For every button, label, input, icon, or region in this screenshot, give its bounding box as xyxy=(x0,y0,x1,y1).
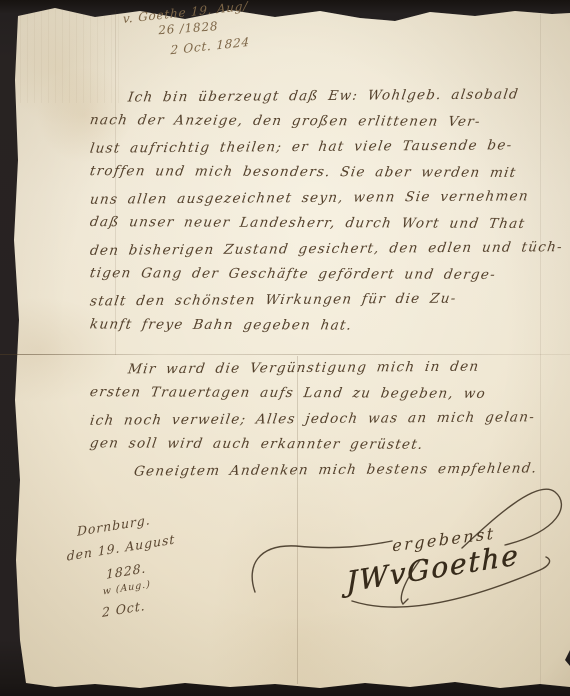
letter-line: daß unser neuer Landesherr, durch Wort u… xyxy=(89,214,527,232)
laid-paper-texture xyxy=(20,8,120,103)
letter-line: Geneigtem Andenken mich bestens empfehle… xyxy=(133,460,538,479)
letter-line: tigen Gang der Geschäfte gefördert und d… xyxy=(89,265,497,283)
letter-line: stalt den schönsten Wirkungen für die Zu… xyxy=(89,291,458,310)
letter-line: Mir ward die Vergünstigung mich in den xyxy=(127,359,481,378)
letter-line: gen soll wird auch erkannter gerüstet. xyxy=(89,435,425,452)
letter-line: kunft freye Bahn gegeben hat. xyxy=(89,316,354,333)
letter-line: ersten Trauertagen aufs Land zu begeben,… xyxy=(89,384,487,402)
letter-line: lust aufrichtig theilen; er hat viele Ta… xyxy=(89,137,514,156)
letter-paper xyxy=(0,0,570,696)
letter-line: troffen und mich besonders. Sie aber wer… xyxy=(89,163,518,181)
photo-background: v. Goethe 19. Aug/ 26 /1828 2 Oct. 1824 … xyxy=(0,0,570,696)
letter-line: nach der Anzeige, den großen erlittenen … xyxy=(89,112,482,130)
letter-line: Ich bin überzeugt daß Ew: Wohlgeb. alsob… xyxy=(127,86,520,105)
